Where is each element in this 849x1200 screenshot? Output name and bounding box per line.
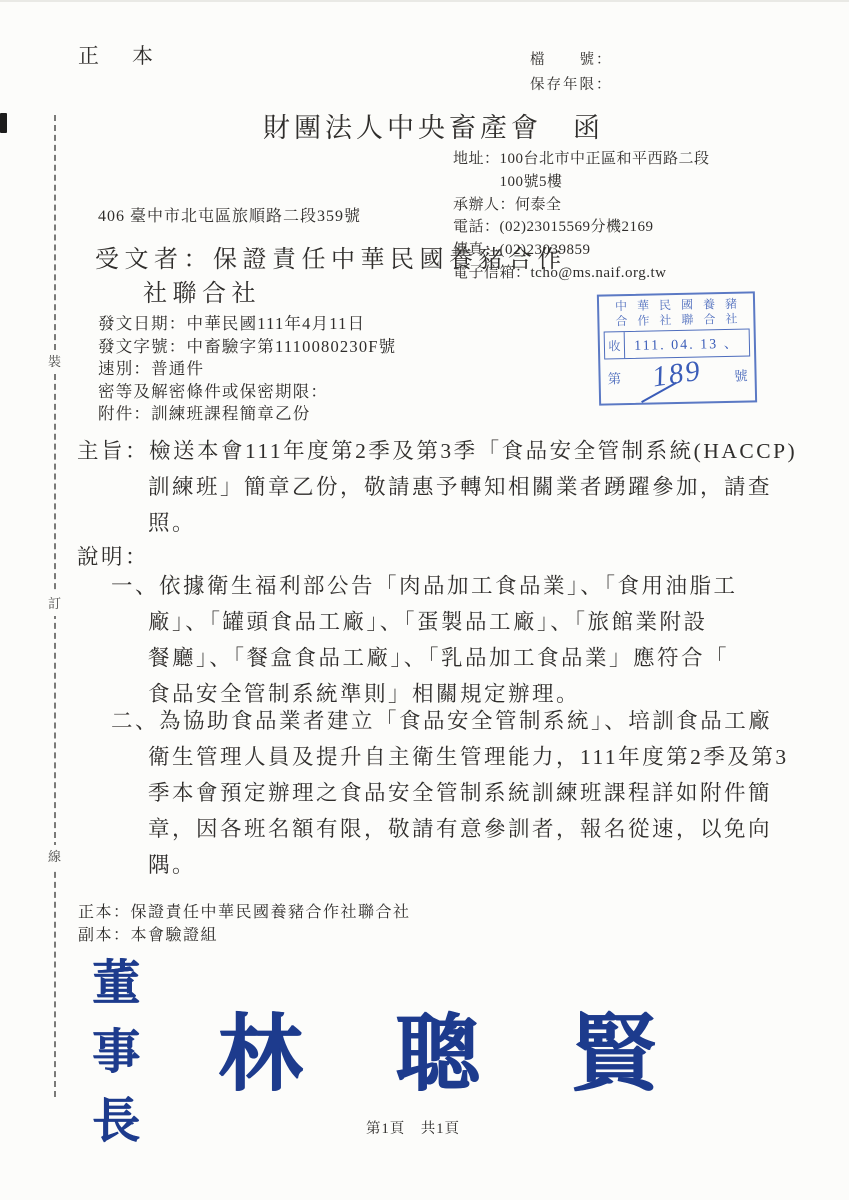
stamp-number-value: 189	[650, 354, 704, 394]
binding-char-ding: 訂	[46, 592, 63, 616]
signature-title: 董事長	[92, 944, 200, 1151]
scan-edge-artifact	[0, 0, 849, 2]
recipient-postal-address: 406 臺中市北屯區旅順路二段359號	[98, 203, 361, 226]
stamp-receive-label: 收	[605, 332, 626, 358]
description-label: 說明：	[77, 540, 149, 571]
signature-block: 董事長 林 聰 賢	[92, 985, 692, 1110]
cc-block: 正本：保證責任中華民國養豬合作社聯合社 副本：本會驗證組	[78, 902, 411, 947]
file-number-block: 檔 號： 保存年限：	[530, 48, 613, 98]
page-footer: 第1頁 共1頁	[366, 1117, 460, 1138]
subject-text: 檢送本會111年度第2季及第3季「食品安全管制系統(HACCP) 訓練班」簡章乙…	[148, 439, 797, 535]
copy-type-label: 正 本	[78, 40, 159, 70]
receive-stamp: 中華民國養豬 合作社聯合社 收 111. 04. 13 、 第 189 號	[597, 291, 757, 405]
sender-phone: 電話：(02)23015569分機2169	[453, 216, 710, 239]
stamp-org-line2: 合作社聯合社	[599, 311, 753, 329]
doc-security-class: 密等及解密條件或保密期限：	[98, 381, 396, 404]
scan-artifact-mark	[0, 113, 7, 133]
doc-date: 發文日期：中華民國111年4月11日	[98, 313, 396, 336]
item-2-text: 為協助食品業者建立「食品安全管制系統」、培訓食品工廠 衛生管理人員及提升自主衛生…	[148, 709, 789, 877]
document-title: 財團法人中央畜產會 函	[263, 106, 604, 145]
stamp-date: 111. 04. 13 、	[625, 329, 750, 358]
doc-speed-class: 速別：普通件	[98, 358, 396, 381]
cc-original: 正本：保證責任中華民國養豬合作社聯合社	[78, 902, 411, 925]
subject-label: 主旨：	[77, 439, 149, 463]
recipient-name: 受文者：保證責任中華民國養豬合作 社聯合社	[95, 243, 655, 311]
list-item-2: 二、為協助食品業者建立「食品安全管制系統」、培訓食品工廠 衛生管理人員及提升自主…	[111, 703, 817, 883]
file-number-label: 檔 號：	[530, 48, 613, 73]
stamp-number-suffix: 號	[734, 365, 748, 385]
sender-contact-person: 承辦人：何泰全	[453, 194, 710, 217]
item-2-number: 二、	[111, 709, 159, 733]
signature-name: 林 聰 賢	[218, 987, 692, 1108]
doc-ref-number: 發文字號：中畜驗字第1110080230F號	[98, 336, 396, 359]
document-page: 裝 訂 線 正 本 檔 號： 保存年限： 財團法人中央畜產會 函 地址：100台…	[0, 0, 849, 1200]
document-meta-block: 發文日期：中華民國111年4月11日 發文字號：中畜驗字第1110080230F…	[98, 313, 396, 426]
retention-period-label: 保存年限：	[530, 73, 613, 98]
list-item-1: 一、依據衛生福利部公告「肉品加工食品業」、「食用油脂工 廠」、「罐頭食品工廠」、…	[111, 568, 817, 712]
item-1-number: 一、	[111, 574, 159, 598]
subject-paragraph: 主旨：檢送本會111年度第2季及第3季「食品安全管制系統(HACCP) 訓練班」…	[77, 433, 817, 541]
binding-char-xian: 線	[46, 845, 63, 869]
sender-address: 地址：100台北市中正區和平西路二段 100號5樓	[453, 148, 710, 194]
doc-attachment: 附件：訓練班課程簡章乙份	[98, 403, 396, 426]
item-1-text: 依據衛生福利部公告「肉品加工食品業」、「食用油脂工 廠」、「罐頭食品工廠」、「蛋…	[148, 574, 738, 706]
stamp-number-prefix: 第	[607, 367, 621, 387]
binding-char-zhuang: 裝	[46, 350, 63, 374]
